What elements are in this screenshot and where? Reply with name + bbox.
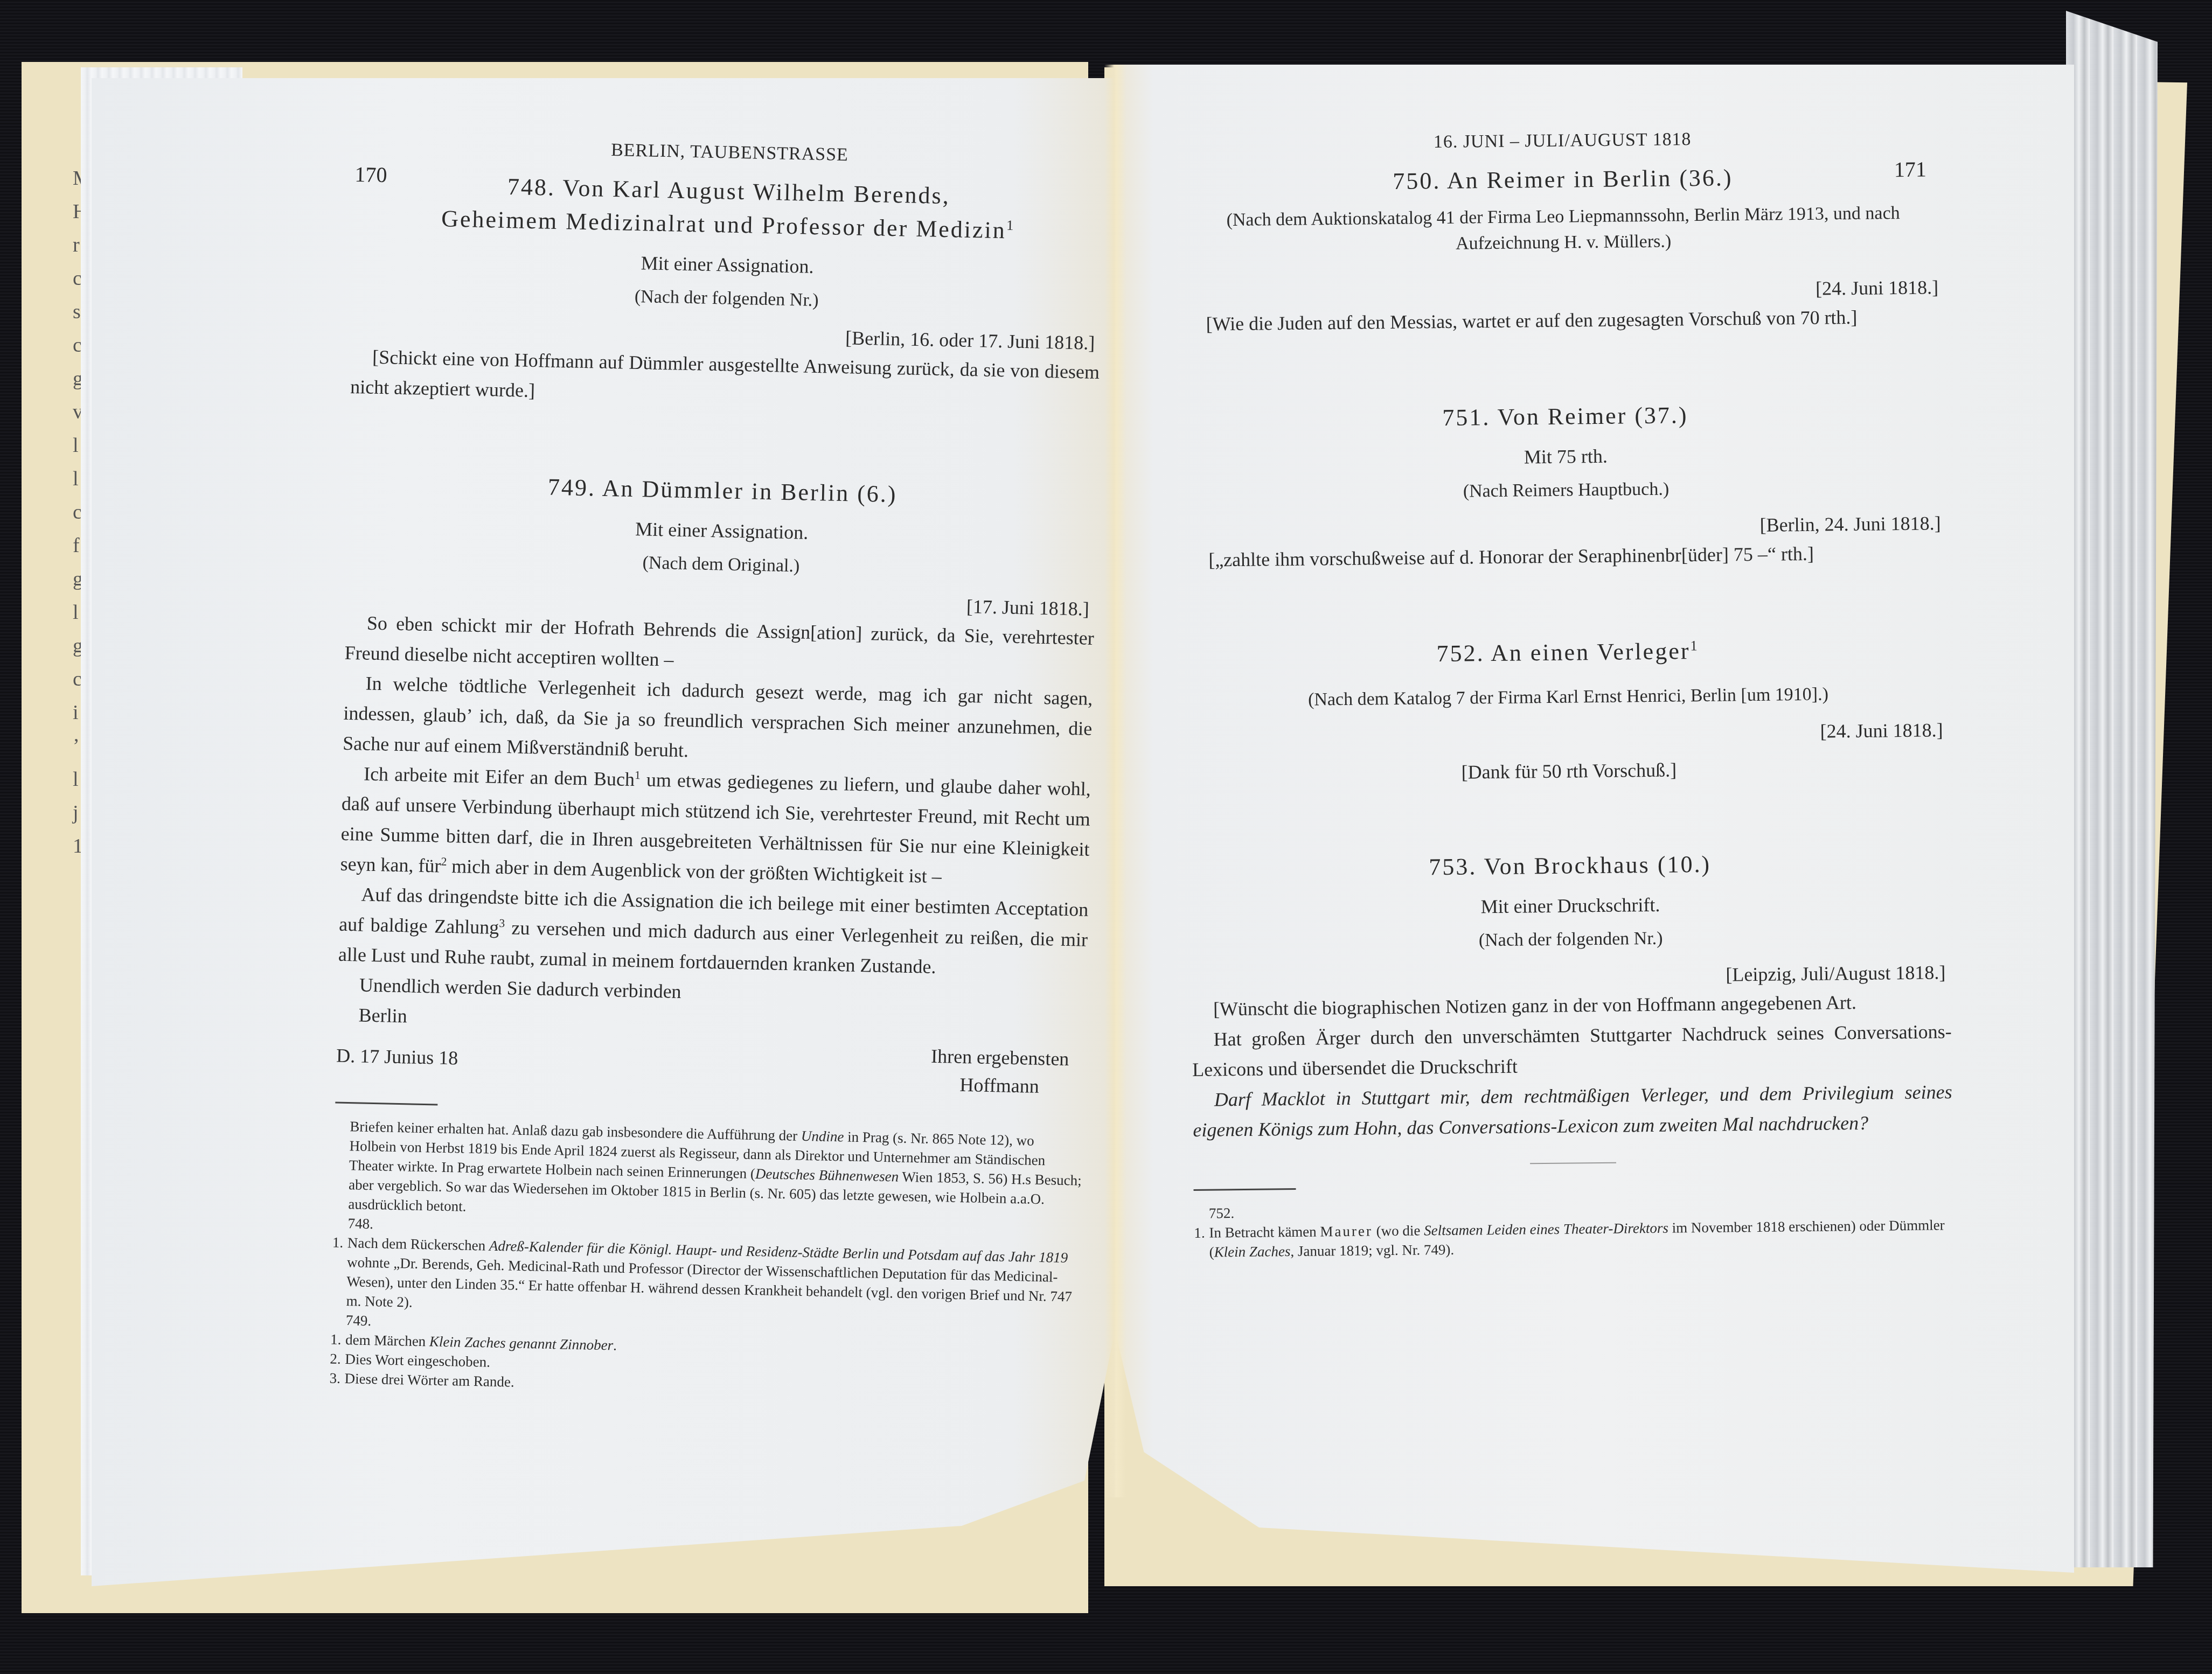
page-number-left: 170 [354, 162, 387, 187]
section-rule [1530, 1162, 1616, 1164]
letter-752-date: [24. Juni 1818.] [1188, 716, 1948, 752]
letter-753-quote: Darf Macklot in Stuttgart mir, dem recht… [1192, 1077, 1952, 1145]
letter-748-source: (Nach der folgenden Nr.) [352, 278, 1101, 319]
letter-749-source: (Nach dem Original.) [346, 544, 1096, 585]
letter-749-paragraph: In welche tödtliche Verlegenheit ich dad… [343, 668, 1093, 774]
footnote-ref: 1 [1690, 637, 1699, 653]
footnote-ref: 3 [499, 917, 505, 930]
footnotes-left: Briefen keiner erhalten hat. Anlaß dazu … [329, 1117, 1083, 1404]
left-page-content: BERLIN, TAUBENSTRASSE 170 748. Von Karl … [329, 135, 1104, 1404]
letter-751-enclosure: Mit 75 rth. [1186, 439, 1945, 474]
footnote-continuation: Briefen keiner erhalten hat. Anlaß dazu … [348, 1117, 1083, 1229]
page-number-right: 171 [1894, 157, 1926, 183]
right-page-content: 16. JUNI – JULI/AUGUST 1818 171 750. An … [1182, 127, 1954, 1262]
letter-748-enclosure: Mit einer Assignation. [353, 243, 1102, 286]
footnote-ref: 1 [1006, 217, 1015, 233]
footnote-752-1: 1.In Betracht kämen Maurer (wo die Selts… [1209, 1215, 1954, 1261]
book-gutter [1104, 65, 1126, 1497]
letter-749-paragraph: Auf das dringendste bitte ich die Assign… [338, 879, 1089, 985]
footnote-rule [1194, 1188, 1296, 1191]
letter-751-source: (Nach Reimers Hauptbuch.) [1186, 473, 1946, 507]
letter-753-paragraph: Hat großen Ärger durch den unverschämten… [1192, 1016, 1952, 1085]
footnote-rule [335, 1102, 437, 1106]
footnote-748-1: 1.Nach dem Rückerschen Adreß-Kalender fü… [346, 1233, 1081, 1326]
page-stack-right [2066, 11, 2158, 1567]
letter-753-source: (Nach der folgenden Nr.) [1191, 923, 1950, 957]
footnote-ref: 1 [635, 769, 641, 782]
letter-753-enclosure: Mit einer Druckschrift. [1191, 888, 1950, 923]
letter-749-salutation: Ihren ergebensten [931, 1042, 1069, 1073]
letter-752-source: (Nach dem Katalog 7 der Firma Karl Ernst… [1188, 680, 1948, 714]
letter-749-signature: Hoffmann [930, 1070, 1069, 1101]
letter-749-date-line: D. 17 Junius 18 [336, 1030, 458, 1089]
footnotes-right: 752. 1.In Betracht kämen Maurer (wo die … [1194, 1196, 1954, 1262]
letter-749-enclosure: Mit einer Assignation. [347, 510, 1096, 552]
letter-750-source: (Nach dem Auktionskatalog 41 der Firma L… [1183, 200, 1943, 260]
letter-749-paragraph: Ich arbeite mit Eifer an dem Buch1 um et… [340, 758, 1091, 895]
footnote-ref: 2 [441, 855, 447, 868]
